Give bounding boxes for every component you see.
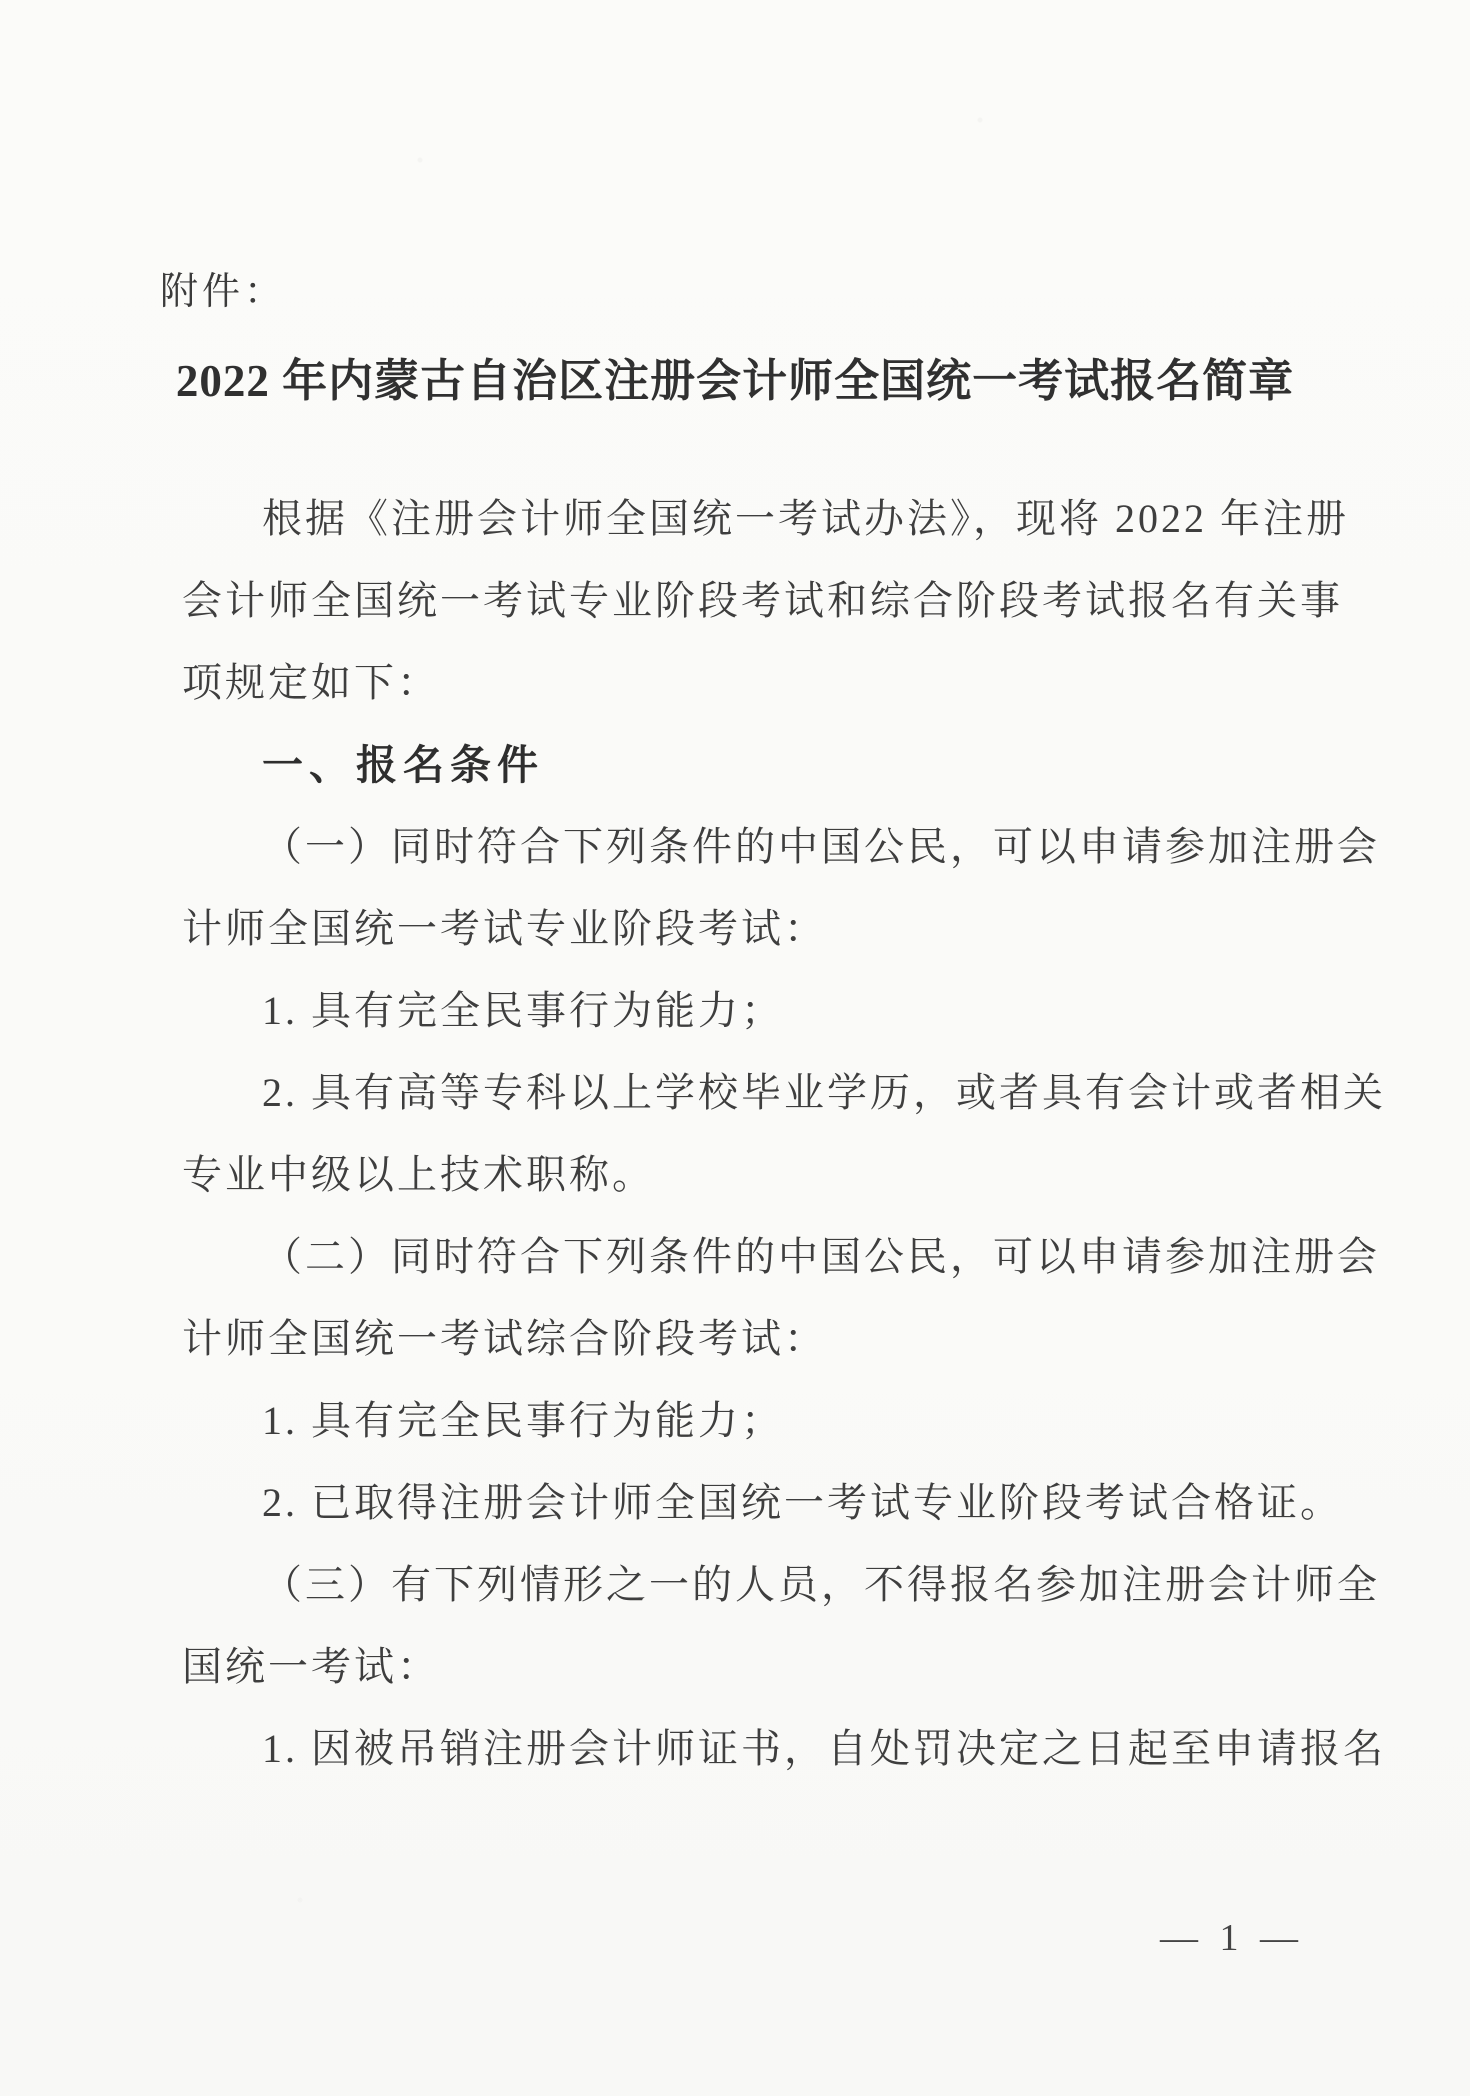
document-line: 根据《注册会计师全国统一考试办法》，现将 2022 年注册 (182, 478, 1342, 560)
document-line: 计师全国统一考试综合阶段考试： (182, 1298, 1342, 1380)
document-line: 计师全国统一考试专业阶段考试： (182, 888, 1342, 970)
document-line: 专业中级以上技术职称。 (182, 1134, 1342, 1216)
section-heading: 一、报名条件 (182, 724, 1342, 806)
document-line: 会计师全国统一考试专业阶段考试和综合阶段考试报名有关事 (182, 560, 1342, 642)
document-line: 1. 具有完全民事行为能力； (182, 970, 1342, 1052)
document-line: 项规定如下： (182, 642, 1342, 724)
document-line: （一）同时符合下列条件的中国公民，可以申请参加注册会 (182, 806, 1342, 888)
attachment-label: 附件： (160, 260, 286, 315)
document-body: 根据《注册会计师全国统一考试办法》，现将 2022 年注册 会计师全国统一考试专… (182, 478, 1342, 1790)
document-line: 1. 因被吊销注册会计师证书，自处罚决定之日起至申请报名 (182, 1708, 1342, 1790)
document-line: （二）同时符合下列条件的中国公民，可以申请参加注册会 (182, 1216, 1342, 1298)
scanned-document-page: { "page": { "background_color": "#fafaf8… (0, 0, 1470, 2096)
document-line: 1. 具有完全民事行为能力； (182, 1380, 1342, 1462)
document-title: 2022 年内蒙古自治区注册会计师全国统一考试报名简章 (0, 344, 1470, 409)
page-number: — 1 — (1160, 1916, 1304, 1960)
document-line: 国统一考试： (182, 1626, 1342, 1708)
document-line: （三）有下列情形之一的人员，不得报名参加注册会计师全 (182, 1544, 1342, 1626)
document-line: 2. 已取得注册会计师全国统一考试专业阶段考试合格证。 (182, 1462, 1342, 1544)
document-line: 2. 具有高等专科以上学校毕业学历，或者具有会计或者相关 (182, 1052, 1342, 1134)
